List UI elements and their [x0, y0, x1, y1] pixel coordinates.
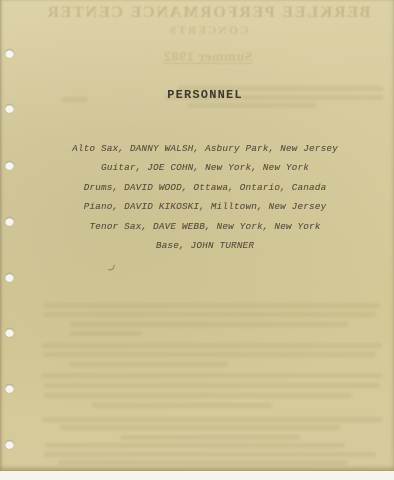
bleed-band [44, 452, 376, 457]
bleed-band [70, 331, 142, 336]
bleed-band [44, 383, 380, 388]
punch-hole [5, 384, 14, 393]
bleed-band [44, 312, 376, 317]
personnel-line: Tenor Sax, DAVE WEBB, New York, New York [16, 217, 394, 236]
personnel-line: Alto Sax, DANNY WALSH, Asbury Park, New … [16, 139, 394, 158]
stray-pencil-mark [108, 263, 115, 271]
bleed-band [42, 343, 382, 348]
bleedthrough-subtitle-line: CONCERTS [22, 25, 394, 37]
bleed-band [60, 425, 340, 430]
paper: BERKLEE PERFORMANCE CENTER CONCERTS Summ… [0, 0, 394, 471]
punch-hole [5, 273, 14, 282]
bleed-band [42, 373, 382, 378]
bleedthrough-title-block: BERKLEE PERFORMANCE CENTER CONCERTS Summ… [22, 0, 394, 80]
bleed-band [58, 460, 348, 465]
bleed-band [44, 352, 376, 357]
personnel-line: Guitar, JOE COHN, New York, New York [16, 158, 394, 177]
punch-hole [5, 104, 14, 113]
bleed-band [44, 303, 380, 308]
punch-hole [5, 217, 14, 226]
bleed-band [45, 443, 345, 448]
punch-hole [5, 49, 14, 58]
bleed-band [42, 417, 382, 422]
personnel-line: Drums, DAVID WOOD, Ottawa, Ontario, Cana… [16, 178, 394, 197]
bleed-band [70, 322, 348, 327]
bleed-band [44, 393, 352, 398]
bleed-band [188, 103, 316, 108]
scan-background: BERKLEE PERFORMANCE CENTER CONCERTS Summ… [0, 0, 394, 480]
personnel-line: Base, JOHN TURNER [16, 236, 394, 255]
bleedthrough-date-line: Summer 1982 [22, 50, 394, 66]
page-heading: PERSONNEL [16, 88, 394, 102]
bleed-band [70, 362, 228, 367]
punch-hole [5, 440, 14, 449]
bleedthrough-title-line: BERKLEE PERFORMANCE CENTER [22, 4, 394, 22]
punch-hole [5, 161, 14, 170]
personnel-line: Piano, DAVID KIKOSKI, Milltown, New Jers… [16, 197, 394, 216]
bleed-band [92, 403, 272, 408]
personnel-list: Alto Sax, DANNY WALSH, Asbury Park, New … [16, 139, 394, 255]
punch-hole [5, 328, 14, 337]
bleed-band [120, 435, 300, 440]
